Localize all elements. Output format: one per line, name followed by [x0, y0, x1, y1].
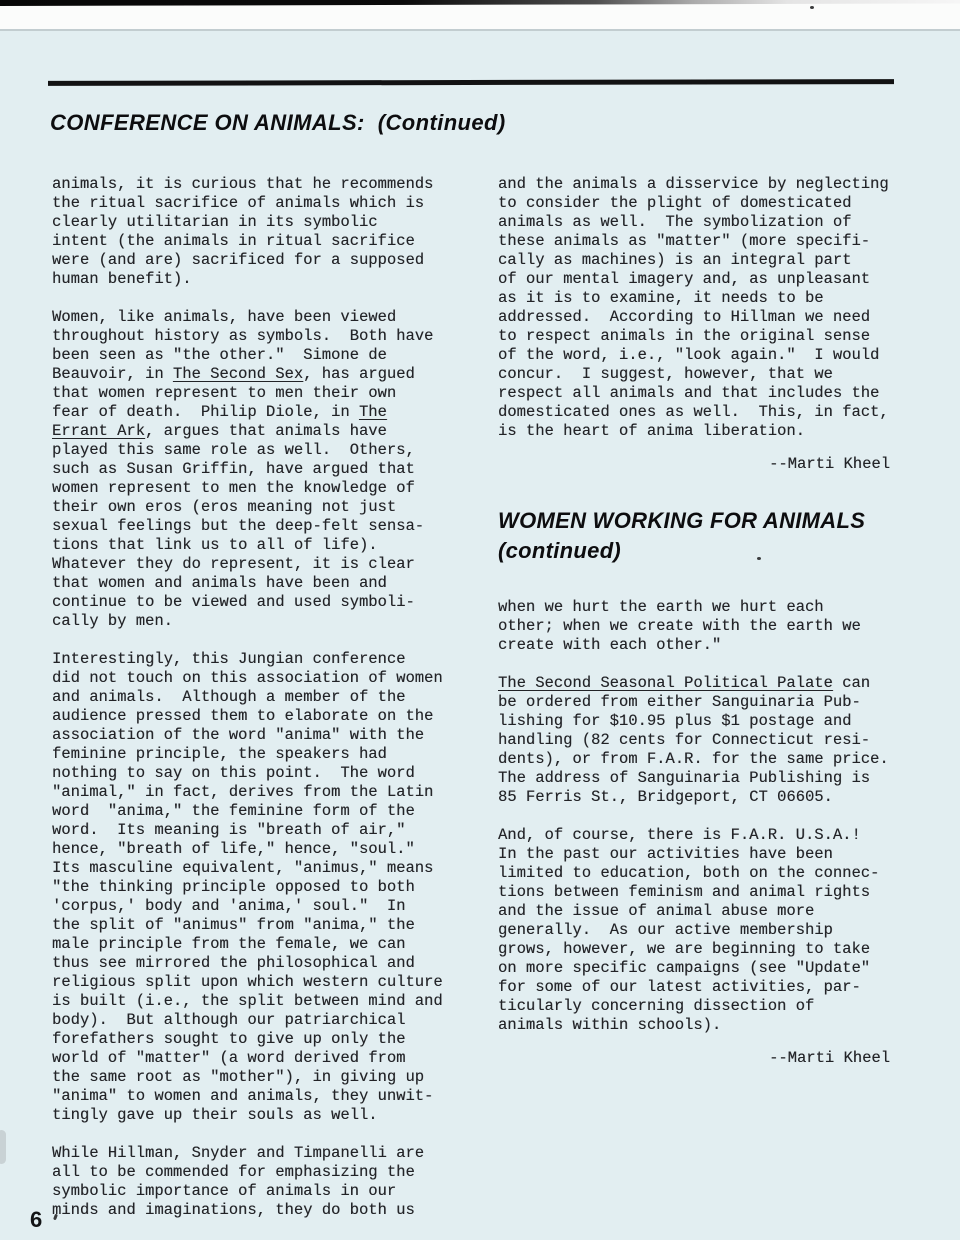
text-line: 'corpus,' body and 'anima,' soul." In: [52, 897, 482, 916]
text-line: of the word, i.e., "look again." I would: [498, 346, 910, 365]
page-number: 6: [30, 1207, 42, 1233]
text-line: While Hillman, Snyder and Timpanelli are: [52, 1144, 482, 1163]
text-line: Errant Ark, argues that animals have: [52, 422, 482, 441]
text-line: religious split upon which western cultu…: [52, 973, 482, 992]
text-line: such as Susan Griffin, have argued that: [52, 460, 482, 479]
text-line: grows, however, we are beginning to take: [498, 940, 910, 959]
scan-speck: [810, 6, 814, 9]
scan-artifact-left-edge: [0, 1130, 6, 1164]
text-line: world of "matter" (a word derived from: [52, 1049, 482, 1068]
text-line: that women and animals have been and: [52, 574, 482, 593]
text-line: association of the word "anima" with the: [52, 726, 482, 745]
text-line: symbolic importance of animals in our: [52, 1182, 482, 1201]
text-line: The address of Sanguinaria Publishing is: [498, 769, 910, 788]
text-line: And, of course, there is F.A.R. U.S.A.!: [498, 826, 910, 845]
paragraph: The Second Seasonal Political Palate can…: [498, 674, 910, 807]
right-column: and the animals a disservice by neglecti…: [498, 175, 910, 1068]
text-line: limited to education, both on the connec…: [498, 864, 910, 883]
text-line: nothing to say on this point. The word: [52, 764, 482, 783]
text-line: sexual feelings but the deep-felt sensa-: [52, 517, 482, 536]
text-line: when we hurt the earth we hurt each: [498, 598, 910, 617]
text-line: played this same role as well. Others,: [52, 441, 482, 460]
text-line: and the animals a disservice by neglecti…: [498, 175, 910, 194]
section-heading-line: WOMEN WORKING FOR ANIMALS: [498, 506, 910, 536]
book-title-underlined: The Second Seasonal Political Palate: [498, 674, 833, 692]
text-line: tingly gave up their souls as well.: [52, 1106, 482, 1125]
text-line: word "anima," the feminine form of the: [52, 802, 482, 821]
text-line: Beauvoir, in The Second Sex, has argued: [52, 365, 482, 384]
text-line: women represent to men the knowledge of: [52, 479, 482, 498]
paragraph: And, of course, there is F.A.R. U.S.A.!I…: [498, 826, 910, 1035]
text-line: create with each other.": [498, 636, 910, 655]
text-line: tions that link us to all of life).: [52, 536, 482, 555]
book-title-underlined: The: [359, 403, 387, 421]
text-line: male principle from the female, we can: [52, 935, 482, 954]
text-line: word. Its meaning is "breath of air,": [52, 821, 482, 840]
text-line: as it is to examine, it needs to be: [498, 289, 910, 308]
text-line: these animals as "matter" (more specifi-: [498, 232, 910, 251]
text-line: continue to be viewed and used symboli-: [52, 593, 482, 612]
text-line: animals as well. The symbolization of: [498, 213, 910, 232]
byline: --Marti Kheel: [498, 1049, 910, 1068]
text-line: Interestingly, this Jungian conference: [52, 650, 482, 669]
text-line: lishing for $10.95 plus $1 postage and: [498, 712, 910, 731]
text-line: fear of death. Philip Diole, in The: [52, 403, 482, 422]
text-line: Women, like animals, have been viewed: [52, 308, 482, 327]
text-line: Whatever they do represent, it is clear: [52, 555, 482, 574]
scan-artifact-top-band: [0, 0, 960, 31]
header-rule: [48, 79, 894, 86]
text-line: cally as machines) is an integral part: [498, 251, 910, 270]
text-line: of our mental imagery and, as unpleasant: [498, 270, 910, 289]
text-line: were (and are) sacrificed for a supposed: [52, 251, 482, 270]
text-line: and the issue of animal abuse more: [498, 902, 910, 921]
text-line: to respect animals in the original sense: [498, 327, 910, 346]
text-line: be ordered from either Sanguinaria Pub-: [498, 693, 910, 712]
text-line: In the past our activities have been: [498, 845, 910, 864]
text-line: the same root as "mother"), in giving up: [52, 1068, 482, 1087]
text-line: domesticated ones as well. This, in fact…: [498, 403, 910, 422]
text-line: to consider the plight of domesticated: [498, 194, 910, 213]
text-line: did not touch on this association of wom…: [52, 669, 482, 688]
book-title-underlined: The Second Sex: [173, 365, 303, 383]
text-line: respect all animals and that includes th…: [498, 384, 910, 403]
left-column: animals, it is curious that he recommend…: [52, 175, 482, 1220]
text-line: intent (the animals in ritual sacrifice: [52, 232, 482, 251]
section-heading-line: (continued): [498, 536, 910, 566]
text-line: tions between feminism and animal rights: [498, 883, 910, 902]
text-line: minds and imaginations, they do both us: [52, 1201, 482, 1220]
text-line: ticularly concerning dissection of: [498, 997, 910, 1016]
text-line: body). But although our patriarchical: [52, 1011, 482, 1030]
text-line: cally by men.: [52, 612, 482, 631]
paragraph: While Hillman, Snyder and Timpanelli are…: [52, 1144, 482, 1220]
text-line: handling (82 cents for Connecticut resi-: [498, 731, 910, 750]
text-line: "the thinking principle opposed to both: [52, 878, 482, 897]
text-line: dents), or from F.A.R. for the same pric…: [498, 750, 910, 769]
text-line: The Second Seasonal Political Palate can: [498, 674, 910, 693]
paragraph: Interestingly, this Jungian conferencedi…: [52, 650, 482, 1125]
text-line: that women represent to men their own: [52, 384, 482, 403]
text-line: the split of "animus" from "anima," the: [52, 916, 482, 935]
paragraph: Women, like animals, have been viewedthr…: [52, 308, 482, 631]
text-line: audience pressed them to elaborate on th…: [52, 707, 482, 726]
text-line: throughout history as symbols. Both have: [52, 327, 482, 346]
page-title: CONFERENCE ON ANIMALS: (Continued): [50, 110, 506, 136]
text-line: their own eros (eros meaning not just: [52, 498, 482, 517]
text-line: animals, it is curious that he recommend…: [52, 175, 482, 194]
text-line: hence, "breath of life," hence, "soul.": [52, 840, 482, 859]
text-line: concur. I suggest, however, that we: [498, 365, 910, 384]
book-title-underlined: Errant Ark: [52, 422, 145, 440]
scan-artifact-top-edge: [0, 0, 960, 6]
paragraph: animals, it is curious that he recommend…: [52, 175, 482, 289]
text-line: is the heart of anima liberation.: [498, 422, 910, 441]
text-line: human benefit).: [52, 270, 482, 289]
text-line: other; when we create with the earth we: [498, 617, 910, 636]
text-line: "anima" to women and animals, they unwit…: [52, 1087, 482, 1106]
text-line: and animals. Although a member of the: [52, 688, 482, 707]
text-line: on more specific campaigns (see "Update": [498, 959, 910, 978]
text-line: the ritual sacrifice of animals which is: [52, 194, 482, 213]
text-line: all to be commended for emphasizing the: [52, 1163, 482, 1182]
text-line: is built (i.e., the split between mind a…: [52, 992, 482, 1011]
byline: --Marti Kheel: [498, 455, 910, 474]
section-heading: WOMEN WORKING FOR ANIMALS(continued): [498, 506, 910, 566]
text-line: for some of our latest activities, par-: [498, 978, 910, 997]
text-line: "animal," in fact, derives from the Lati…: [52, 783, 482, 802]
text-line: been seen as "the other." Simone de: [52, 346, 482, 365]
text-line: animals within schools).: [498, 1016, 910, 1035]
paragraph: when we hurt the earth we hurt eachother…: [498, 598, 910, 655]
text-line: addressed. According to Hillman we need: [498, 308, 910, 327]
text-line: 85 Ferris St., Bridgeport, CT 06605.: [498, 788, 910, 807]
text-line: feminine principle, the speakers had: [52, 745, 482, 764]
text-line: forefathers sought to give up only the: [52, 1030, 482, 1049]
text-line: Its masculine equivalent, "animus," mean…: [52, 859, 482, 878]
text-line: clearly utilitarian in its symbolic: [52, 213, 482, 232]
text-line: thus see mirrored the philosophical and: [52, 954, 482, 973]
text-line: generally. As our active membership: [498, 921, 910, 940]
paragraph: and the animals a disservice by neglecti…: [498, 175, 910, 441]
